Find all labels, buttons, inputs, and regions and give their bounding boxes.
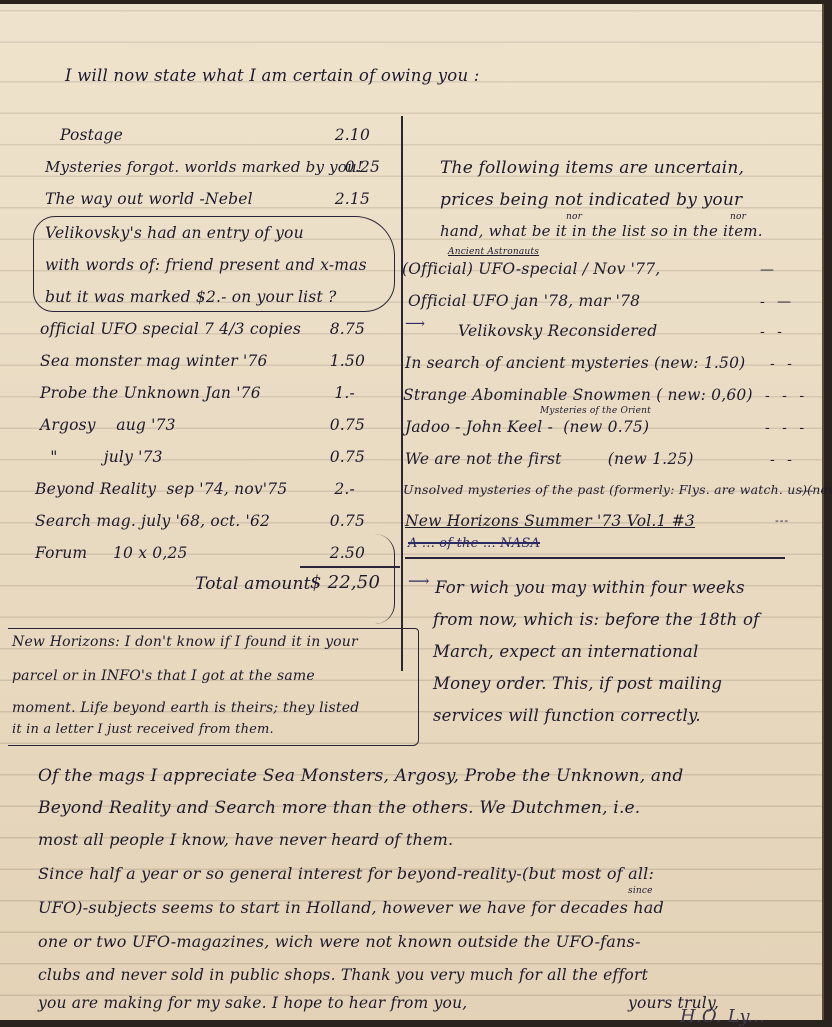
- closing-line: one or two UFO-magazines, wich were not …: [38, 932, 641, 951]
- arrow-icon: ⟶: [405, 316, 425, 332]
- item-label: Postage: [60, 126, 123, 144]
- item-label: Mysteries forgot. worlds marked by you!: [45, 158, 363, 176]
- closing-line: Since half a year or so general interest…: [38, 864, 654, 883]
- item-label: Probe the Unknown Jan '76: [40, 384, 261, 402]
- item-price: 0.25: [320, 158, 380, 176]
- uncertain-item: (Official) UFO-special / Nov '77,: [402, 260, 660, 278]
- price-blank: —: [760, 262, 810, 278]
- letter-page: I will now state what I am certain of ow…: [0, 4, 824, 1020]
- closing-line: Of the mags I appreciate Sea Monsters, A…: [38, 766, 683, 786]
- item-label: Argosy aug '73: [40, 416, 176, 434]
- price-blank: - -: [770, 452, 820, 468]
- closing-line: you are making for my sake. I hope to he…: [38, 994, 467, 1012]
- uncertain-item: In search of ancient mysteries (new: 1.5…: [405, 354, 745, 372]
- closing-line: most all people I know, have never heard…: [38, 830, 453, 849]
- item-price: 1.-: [295, 384, 355, 402]
- new-horizons-note-line: it in a letter I just received from them…: [12, 722, 274, 737]
- list-end-rule: [405, 557, 785, 559]
- uncertain-intro-line: The following items are uncertain,: [440, 158, 744, 178]
- payment-note-line: services will function correctly.: [433, 706, 701, 725]
- annotation-ancient-astronauts: Ancient Astronauts: [448, 247, 539, 257]
- price-blank: - -: [770, 356, 820, 372]
- price-blank: - - -: [765, 388, 815, 404]
- uncertain-item: Official UFO jan '78, mar '78: [408, 292, 640, 310]
- item-label: Search mag. july '68, oct. '62: [35, 512, 270, 530]
- connector-brace: [370, 534, 395, 624]
- uncertain-item: Strange Abominable Snowmen ( new: 0,60): [403, 386, 753, 404]
- payment-note-line: from now, which is: before the 18th of: [433, 610, 759, 629]
- uncertain-item: New Horizons Summer '73 Vol.1 #3: [405, 512, 695, 530]
- closing-line: Beyond Reality and Search more than the …: [38, 798, 640, 818]
- velikovsky-note-line: with words of: friend present and x-mas: [45, 256, 367, 274]
- closing-line: clubs and never sold in public shops. Th…: [38, 966, 648, 984]
- item-label: Forum 10 x 0,25: [35, 544, 188, 562]
- item-label: " july '73: [40, 448, 163, 466]
- signature: H.O. Ly...: [680, 1006, 765, 1024]
- uncertain-intro-line: hand, what be it in the list so in the i…: [440, 222, 763, 240]
- item-label: Beyond Reality sep '74, nov'75: [35, 480, 287, 498]
- item-price: 2.50: [305, 544, 365, 562]
- item-price: 2.-: [295, 480, 355, 498]
- item-price: 0.75: [305, 512, 365, 530]
- letter-heading: I will now state what I am certain of ow…: [65, 66, 479, 85]
- insert-since: since: [628, 886, 653, 896]
- new-horizons-note-line: moment. Life beyond earth is theirs; the…: [12, 700, 359, 716]
- struck-item: A ... of the ... NASA: [408, 536, 540, 551]
- annotation-mysteries-orient: Mysteries of the Orient: [540, 406, 651, 416]
- item-price: 2.15: [310, 190, 370, 208]
- item-label: The way out world -Nebel: [45, 190, 253, 208]
- uncertain-item: We are not the first (new 1.25): [405, 450, 694, 468]
- item-price: 0.75: [305, 448, 365, 466]
- payment-note-line: Money order. This, if post mailing: [433, 674, 722, 693]
- arrow-icon: ⟶: [408, 572, 430, 590]
- price-blank: ---: [775, 514, 825, 527]
- item-label: Sea monster mag winter '76: [40, 352, 268, 370]
- item-price: 8.75: [305, 320, 365, 338]
- uncertain-item: Velikovsky Reconsidered: [458, 322, 657, 340]
- uncertain-intro-line: prices being not indicated by your: [440, 190, 742, 210]
- uncertain-item: Jadoo - John Keel - (new 0.75): [405, 418, 649, 436]
- item-price: 1.50: [305, 352, 365, 370]
- velikovsky-note-line: Velikovsky's had an entry of you: [45, 224, 304, 242]
- price-blank: - - -: [765, 420, 815, 436]
- velikovsky-note-line: but it was marked $2.- on your list ?: [45, 288, 337, 306]
- uncertain-item: Unsolved mysteries of the past (formerly…: [403, 482, 832, 497]
- item-price: 2.10: [310, 126, 370, 144]
- item-price: 0.75: [305, 416, 365, 434]
- new-horizons-note-line: parcel or in INFO's that I got at the sa…: [12, 668, 315, 684]
- price-blank: - -: [760, 324, 810, 340]
- payment-note-line: March, expect an international: [433, 642, 698, 661]
- new-horizons-note-line: New Horizons: I don't know if I found it…: [12, 634, 358, 650]
- payment-note-line: For wich you may within four weeks: [435, 578, 745, 597]
- insert-nor: nor: [566, 212, 582, 222]
- item-label: official UFO special 7 4/3 copies: [40, 320, 301, 338]
- insert-nor: nor: [730, 212, 746, 222]
- closing-line: UFO)-subjects seems to start in Holland,…: [38, 898, 664, 917]
- price-blank: ---: [800, 484, 832, 497]
- total-label: Total amount: [195, 574, 311, 594]
- price-blank: - —: [760, 294, 810, 310]
